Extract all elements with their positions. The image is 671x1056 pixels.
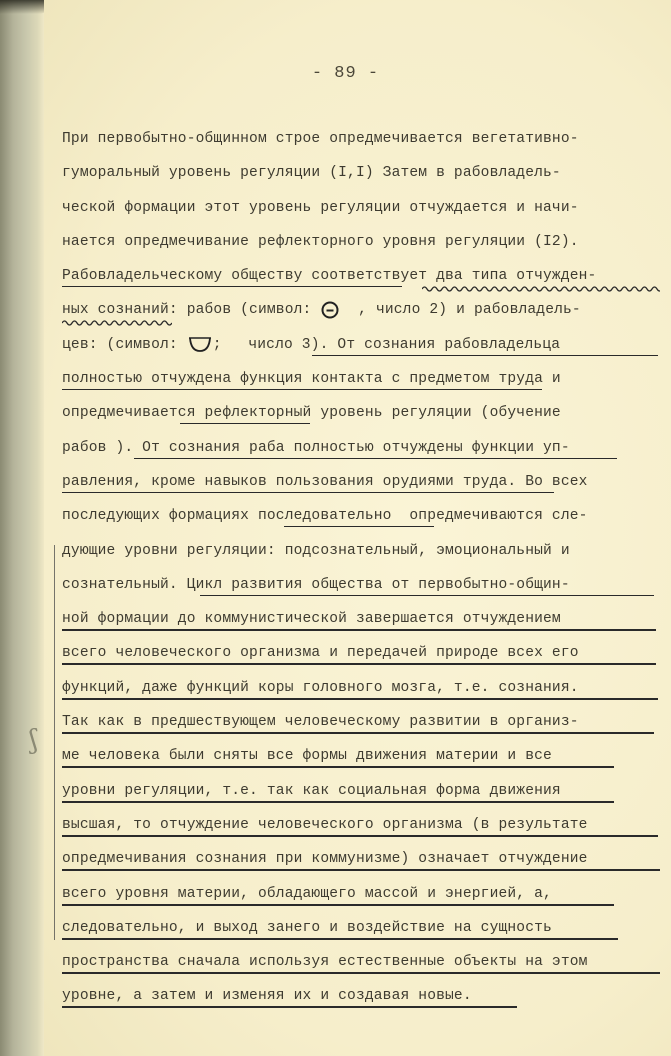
text-line: уровне, а затем и изменяя их и создавая …	[62, 979, 662, 1013]
pen-underline	[62, 732, 654, 734]
text-line: следовательно, и выход занего и воздейст…	[62, 911, 662, 945]
text-line-content: опредмечивается рефлекторный уровень рег…	[62, 405, 561, 421]
pen-underline	[62, 492, 554, 493]
text-line: При первобытно-общинном строе опредмечив…	[62, 122, 662, 156]
text-line-content: уровне, а затем и изменяя их и создавая …	[62, 988, 472, 1004]
text-line: опредмечивания сознания при коммунизме) …	[62, 842, 662, 876]
body-text: При первобытно-общинном строе опредмечив…	[62, 122, 662, 1014]
text-line-content: цев: (символ: ; число 3). От сознания ра…	[62, 337, 560, 353]
text-line-content: рабов ). От сознания раба полностью отчу…	[62, 440, 570, 456]
pen-underline	[62, 904, 614, 906]
text-line: гуморальный уровень регуляции (I,I) Зате…	[62, 156, 662, 190]
pen-underline	[62, 972, 660, 974]
text-line-content: опредмечивания сознания при коммунизме) …	[62, 851, 588, 867]
pen-underline	[62, 629, 656, 631]
text-line-content: ных сознаний: рабов (символ: , число 2) …	[62, 302, 581, 318]
text-line-content: пространства сначала используя естествен…	[62, 954, 588, 970]
text-line-content: всего человеческого организма и передаче…	[62, 645, 579, 661]
text-line-content: ной формации до коммунистической заверша…	[62, 611, 561, 627]
pen-wavy-underline	[62, 319, 172, 327]
text-line: полностью отчуждена функция контакта с п…	[62, 362, 662, 396]
text-line: нается опредмечивание рефлекторного уров…	[62, 225, 662, 259]
page-number: - 89 -	[0, 64, 671, 83]
text-line: рабов ). От сознания раба полностью отчу…	[62, 431, 662, 465]
text-line: сознательный. Цикл развития общества от …	[62, 568, 662, 602]
margin-vertical-mark	[54, 545, 55, 940]
pen-wavy-underline	[422, 285, 660, 293]
text-line-content: функций, даже функций коры головного моз…	[62, 680, 579, 696]
open-bowl-icon	[187, 335, 213, 353]
text-line-content: высшая, то отчуждение человеческого орга…	[62, 817, 588, 833]
text-line-content: равления, кроме навыков пользования оруд…	[62, 474, 588, 490]
text-line: всего уровня материи, обладающего массой…	[62, 877, 662, 911]
circle-with-dash-icon	[320, 301, 340, 319]
text-line: опредмечивается рефлекторный уровень рег…	[62, 396, 662, 430]
text-line-content: уровни регуляции, т.е. так как социальна…	[62, 783, 561, 799]
pen-underline	[62, 938, 618, 940]
pen-underline	[62, 801, 614, 803]
book-binding-edge	[0, 0, 44, 1056]
text-line-content: полностью отчуждена функция контакта с п…	[62, 371, 561, 387]
text-line: Рабовладельческому обществу соответствуе…	[62, 259, 662, 293]
text-line-content: При первобытно-общинном строе опредмечив…	[62, 131, 579, 147]
text-line-content: дующие уровни регуляции: подсознательный…	[62, 543, 570, 559]
text-line-content: всего уровня материи, обладающего массой…	[62, 886, 552, 902]
text-line: уровни регуляции, т.е. так как социальна…	[62, 774, 662, 808]
pen-underline	[180, 423, 310, 424]
text-line: цев: (символ: ; число 3). От сознания ра…	[62, 328, 662, 362]
pen-underline	[62, 1006, 517, 1008]
pen-underline	[312, 355, 658, 356]
text-line: ческой формации этот уровень регуляции о…	[62, 191, 662, 225]
pen-underline	[142, 389, 220, 390]
text-line-content: ческой формации этот уровень регуляции о…	[62, 200, 579, 216]
text-line-content: Рабовладельческому обществу соответствуе…	[62, 268, 596, 284]
text-line: последующих формациях последовательно оп…	[62, 499, 662, 533]
pen-underline	[62, 389, 542, 390]
text-line-content: сознательный. Цикл развития общества от …	[62, 577, 570, 593]
text-line: ной формации до коммунистической заверша…	[62, 602, 662, 636]
text-line: ме человека были сняты все формы движени…	[62, 739, 662, 773]
text-line: пространства сначала используя естествен…	[62, 945, 662, 979]
text-line-content: Так как в предшествующем человеческому р…	[62, 714, 579, 730]
text-line-content: последующих формациях последовательно оп…	[62, 508, 588, 524]
pen-underline	[62, 835, 658, 837]
text-line-content: ме человека были сняты все формы движени…	[62, 748, 552, 764]
text-line-content: гуморальный уровень регуляции (I,I) Зате…	[62, 165, 561, 181]
text-line: функций, даже функций коры головного моз…	[62, 671, 662, 705]
text-line-content: нается опредмечивание рефлекторного уров…	[62, 234, 579, 250]
text-line: всего человеческого организма и передаче…	[62, 636, 662, 670]
text-line: дующие уровни регуляции: подсознательный…	[62, 534, 662, 568]
text-line-content: следовательно, и выход занего и воздейст…	[62, 920, 552, 936]
pen-underline	[62, 766, 614, 768]
pen-underline	[62, 663, 656, 665]
pen-underline	[284, 526, 434, 527]
text-line: высшая, то отчуждение человеческого орга…	[62, 808, 662, 842]
text-line: Так как в предшествующем человеческому р…	[62, 705, 662, 739]
pen-underline	[134, 458, 617, 459]
pen-underline	[200, 595, 654, 596]
pen-underline	[62, 698, 658, 700]
pen-underline	[62, 869, 660, 871]
text-line: равления, кроме навыков пользования оруд…	[62, 465, 662, 499]
text-line: ных сознаний: рабов (символ: , число 2) …	[62, 293, 662, 327]
pen-underline	[62, 286, 402, 287]
